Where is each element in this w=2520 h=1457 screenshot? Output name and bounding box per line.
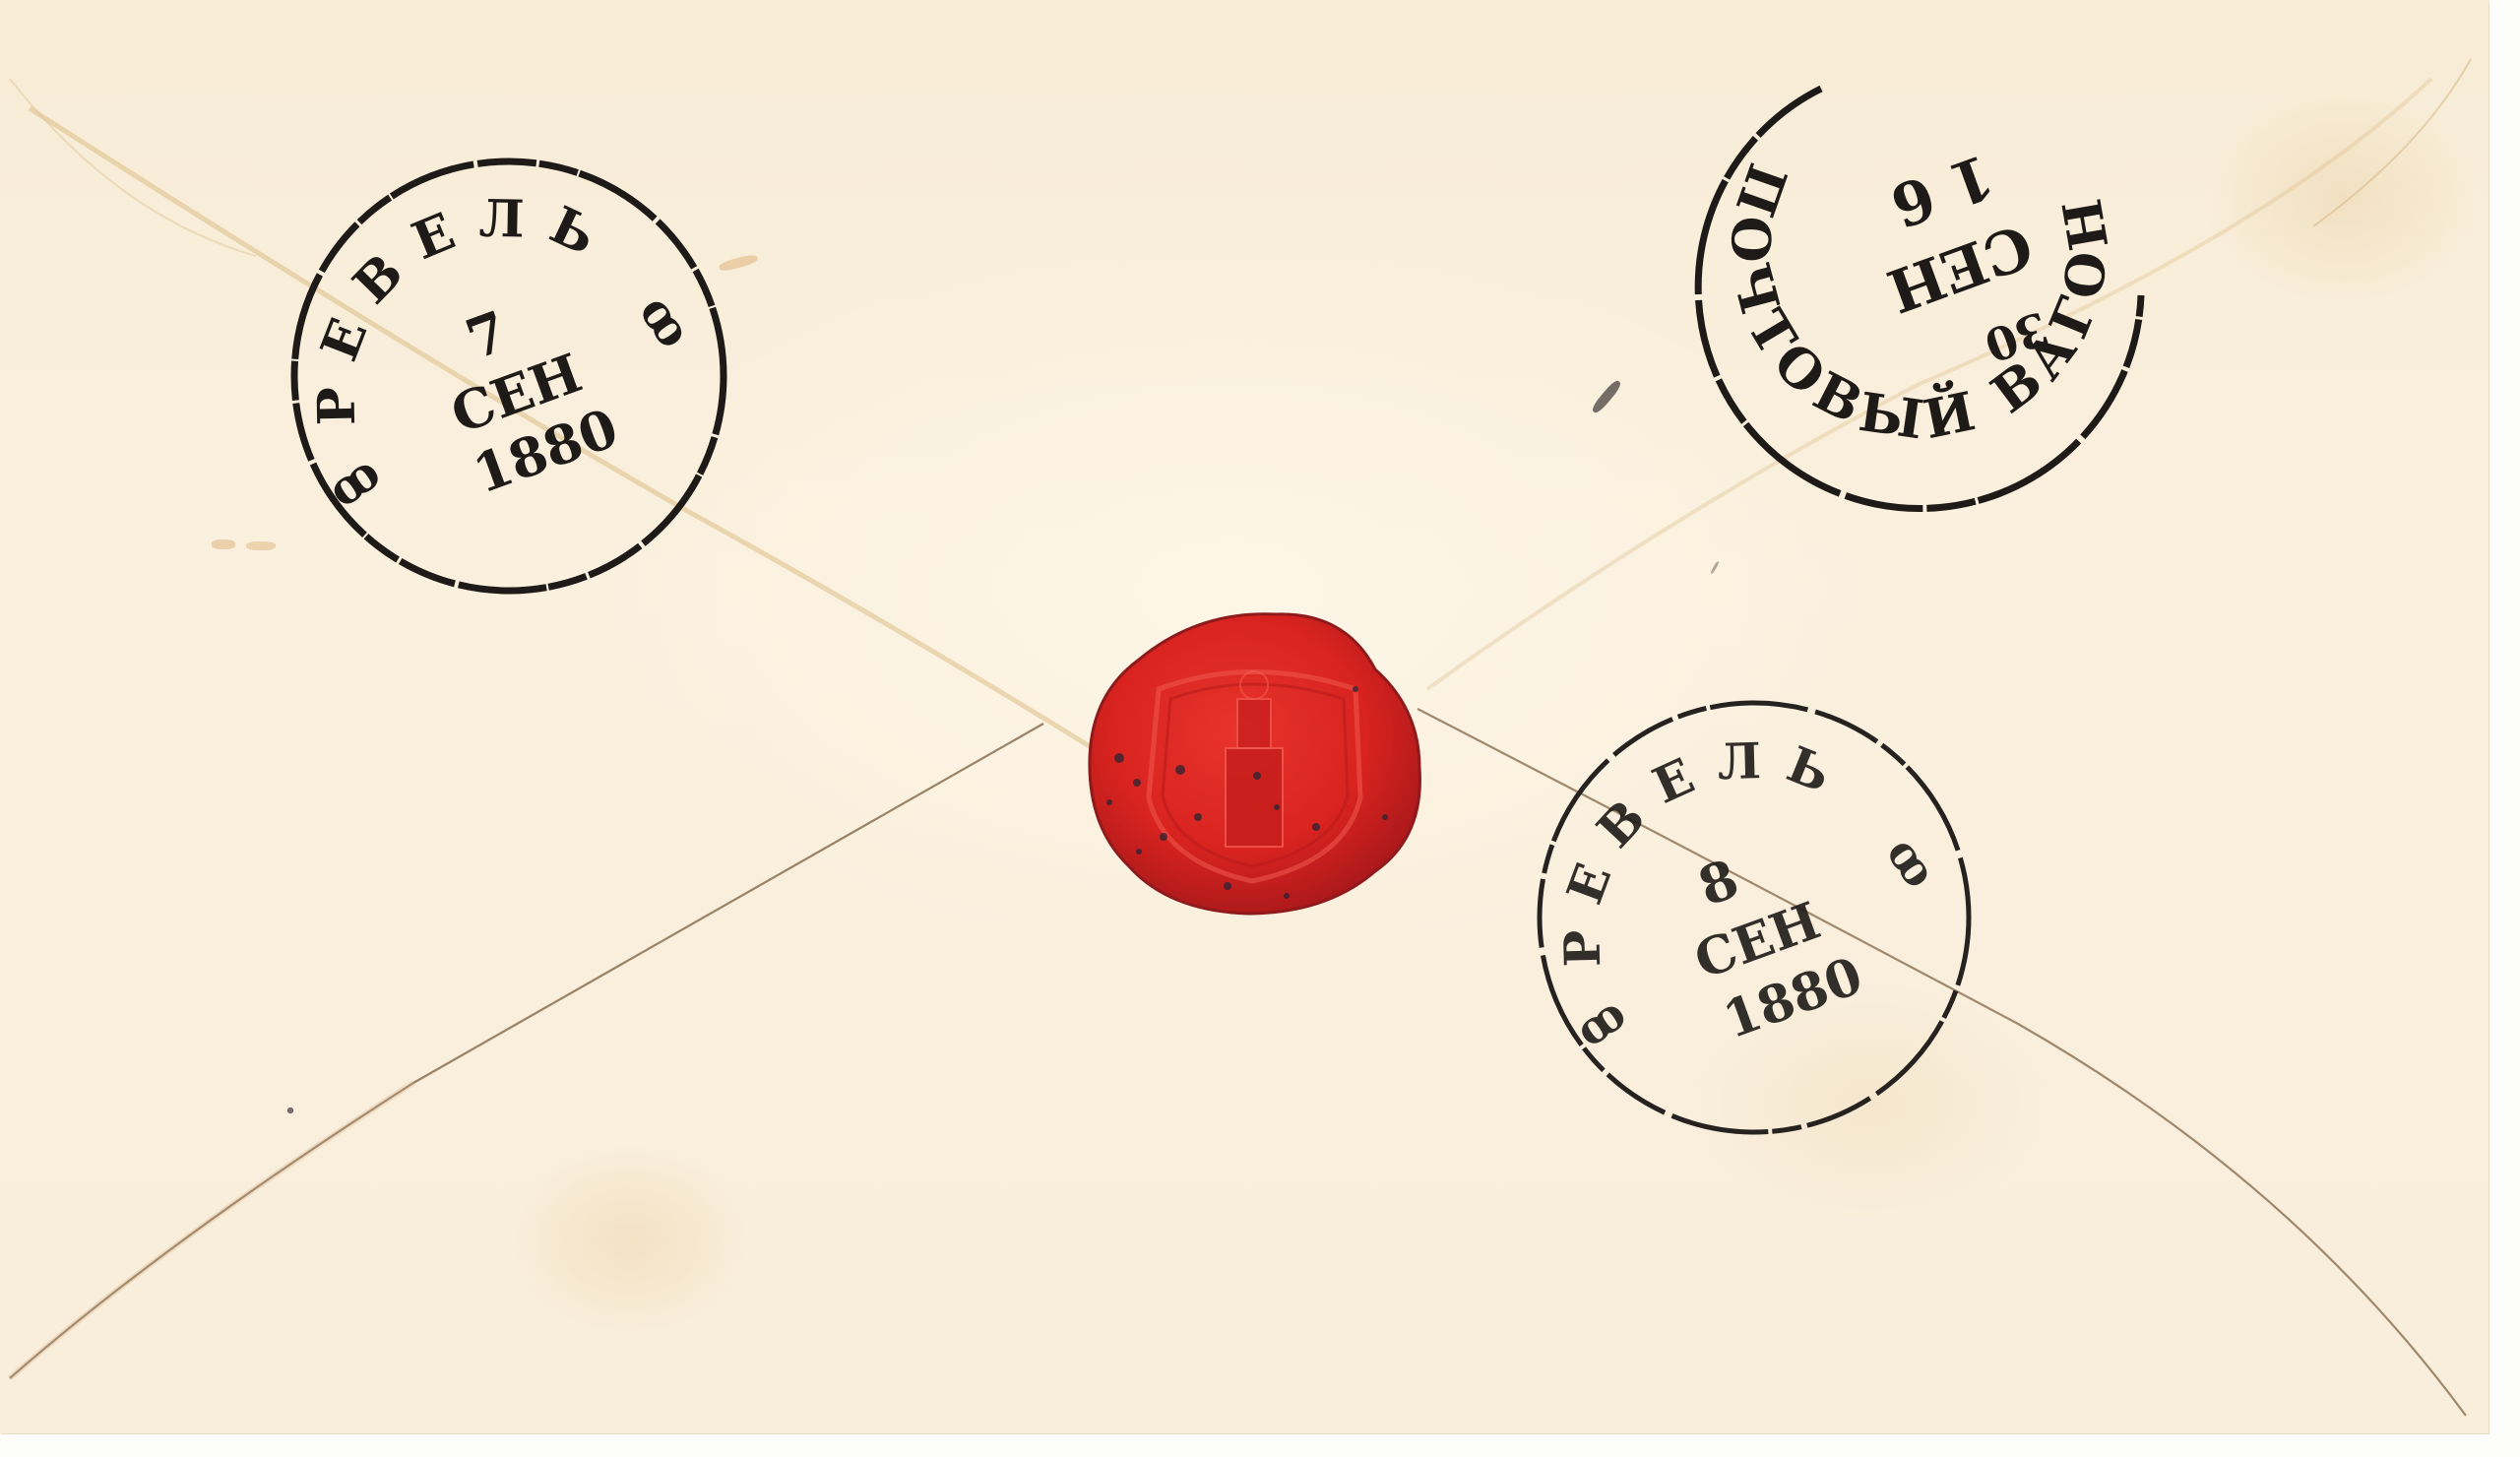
postmark-ring-text: ПОЧТОВЫЙ ВАГОНЪ — [1644, 0, 2120, 453]
postmark-reval-8-sep: РЕВЕЛЬ ꝏ ꝏ 8 СЕН 1880 — [1531, 694, 1979, 1142]
envelope-back: РЕВЕЛЬ ꝏ ꝏ 7 СЕН 1880 ПОЧТОВЫЙ ВАГОНЪ 30… — [0, 0, 2488, 1433]
postmark-ornament-right: ꝏ — [1876, 827, 1947, 897]
postmark-railway-car: ПОЧТОВЫЙ ВАГОНЪ 30 СЕН 1 6 — [1673, 39, 2166, 492]
foxing-spot — [212, 539, 235, 549]
postmark-ornament-left: ꝏ — [318, 445, 391, 519]
postmark-day: 7 — [458, 298, 516, 372]
ink-dot — [287, 1108, 293, 1113]
foxing-spot — [246, 541, 276, 550]
svg-text:ПОЧТОВЫЙ ВАГОНЪ: ПОЧТОВЫЙ ВАГОНЪ — [1644, 0, 2120, 453]
postmark-ornament-right: ꝏ — [628, 285, 702, 358]
postmark-day: 8 — [1690, 847, 1746, 919]
postmark-ornament-left: ꝏ — [1565, 986, 1635, 1057]
postmark-reval-7-sep: РЕВЕЛЬ ꝏ ꝏ 7 СЕН 1880 — [285, 153, 733, 601]
wax-seal — [1080, 601, 1426, 918]
